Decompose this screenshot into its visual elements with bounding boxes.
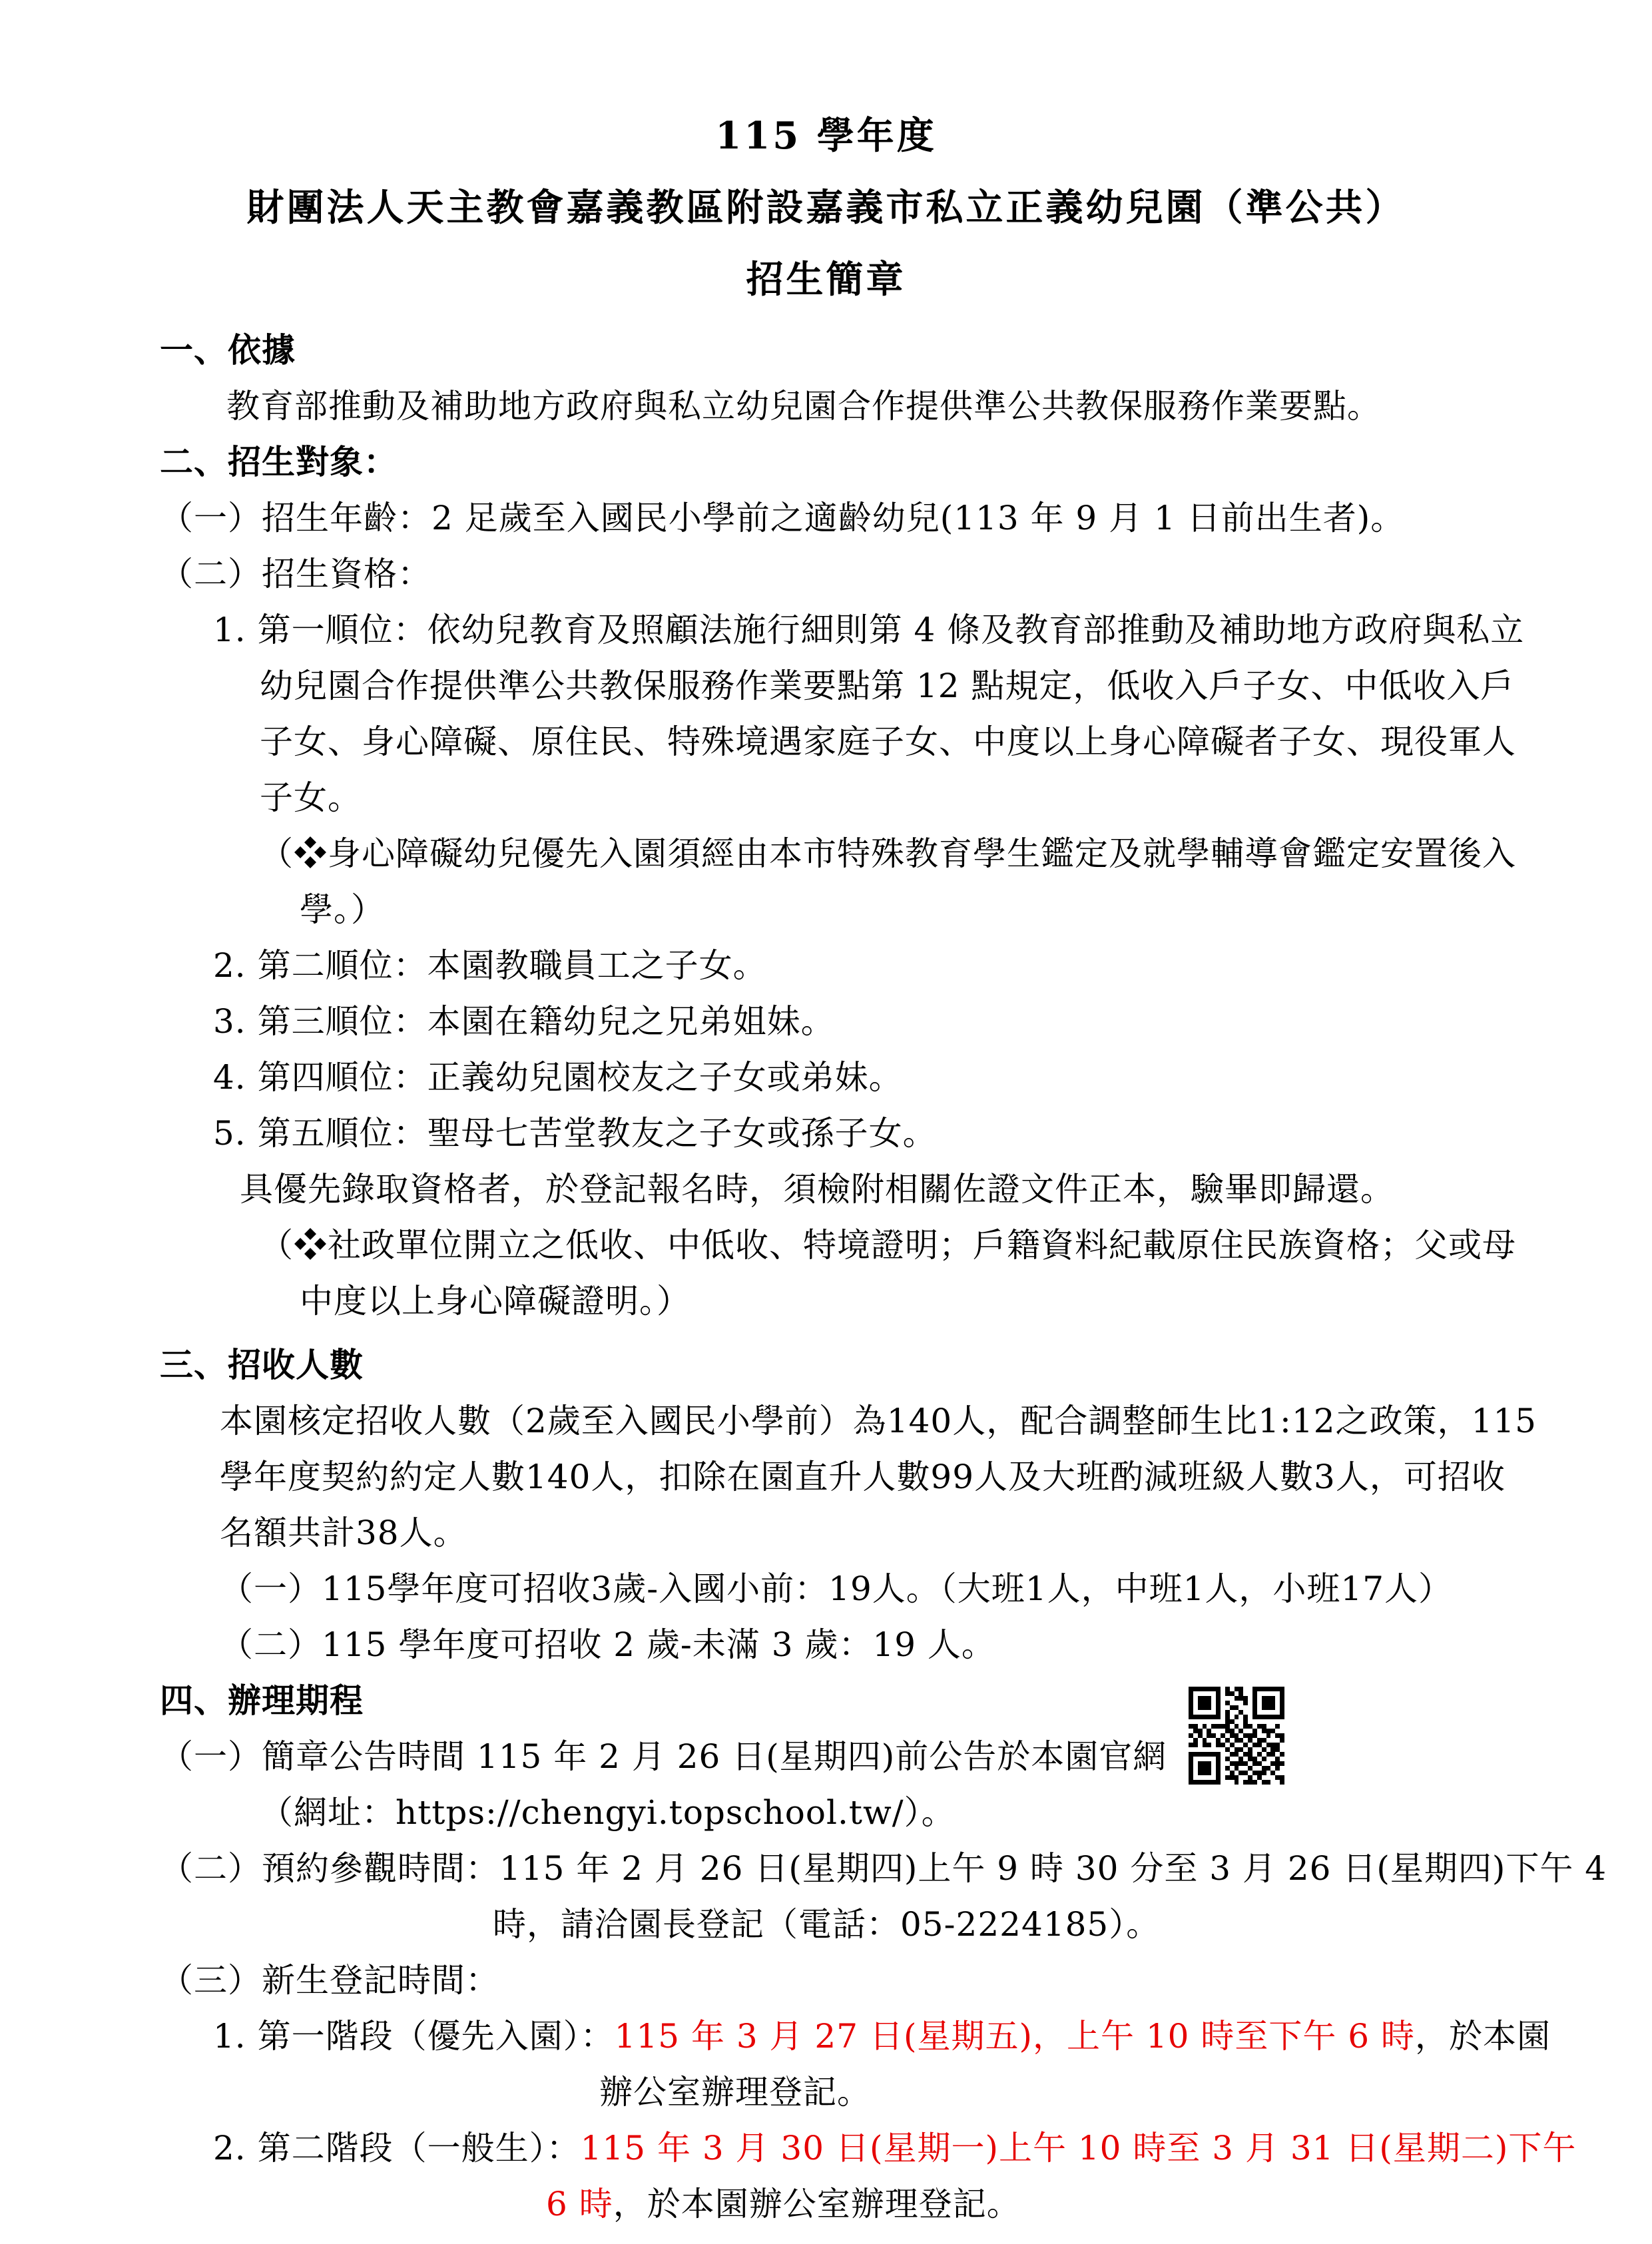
- disability-note-line2: 學。）: [300, 882, 1645, 938]
- priority5-item: 5. 第五順位：聖母七苦堂教友之子女或孫子女。: [213, 1105, 1645, 1161]
- priority1-line3: 子女、身心障礙、原住民、特殊境遇家庭子女、中度以上身心障礙者子女、現役軍人: [260, 714, 1645, 770]
- section3-body-line2: 學年度契約約定人數140人，扣除在園直升人數99人及大班酌減班級人數3人，可招收: [220, 1449, 1645, 1505]
- visit-time-line2: 時，請洽園長登記（電話：05-2224185）。: [493, 1896, 1645, 1952]
- section2-age-item: （一）招生年齡：2 足歲至入國民小學前之適齡幼兒(113 年 9 月 1 日前出…: [160, 490, 1645, 546]
- section3-item1: （一）115學年度可招收3歲-入國小前：19人。（大班1人，中班1人，小班17人…: [220, 1561, 1645, 1617]
- priority4-item: 4. 第四順位：正義幼兒園校友之子女或弟妹。: [213, 1049, 1645, 1105]
- stage2-date-red-part1: 115 年 3 月 30 日(星期一)上午 10 時至 3 月 31 日(星期二…: [581, 2129, 1577, 2167]
- stage2-prefix: 2. 第二階段（一般生）：: [213, 2129, 581, 2167]
- title-school-name: 財團法人天主教會嘉義教區附設嘉義市私立正義幼兒園（準公共）: [0, 172, 1652, 244]
- stage1-date-red: 115 年 3 月 27 日(星期五)，上午 10 時至下午 6 時: [615, 2017, 1415, 2056]
- priority1-line1: 1. 第一順位：依幼兒教育及照顧法施行細則第 4 條及教育部推動及補助地方政府與…: [213, 602, 1645, 658]
- section2-heading: 二、招生對象：: [160, 434, 1645, 490]
- document-title-block: 115 學年度 財團法人天主教會嘉義教區附設嘉義市私立正義幼兒園（準公共） 招生…: [0, 0, 1652, 316]
- priority1-line2: 幼兒園合作提供準公共教保服務作業要點第 12 點規定，低收入戶子女、中低收入戶: [260, 658, 1645, 714]
- section3-body-line1: 本園核定招收人數（2歲至入國民小學前）為140人，配合調整師生比1:12之政策，…: [220, 1393, 1645, 1449]
- section1-body: 教育部推動及補助地方政府與私立幼兒園合作提供準公共教保服務作業要點。: [226, 378, 1645, 434]
- stage1-suffix: ，於本園: [1415, 2017, 1551, 2056]
- stage2-suffix: ，於本園辦公室辦理登記。: [613, 2185, 1021, 2223]
- section2-qualify-item: （二）招生資格：: [160, 546, 1645, 602]
- title-academic-year: 115 學年度: [0, 100, 1652, 172]
- document-body: 一、依據 教育部推動及補助地方政府與私立幼兒園合作提供準公共教保服務作業要點。 …: [160, 322, 1645, 2232]
- certificates-note-line2: 中度以上身心障礙證明。）: [300, 1273, 1645, 1329]
- announcement-line1: （一）簡章公告時間 115 年 2 月 26 日(星期四)前公告於本園官網: [160, 1729, 1645, 1785]
- stage1-prefix: 1. 第一階段（優先入園）：: [213, 2017, 615, 2056]
- priority3-item: 3. 第三順位：本園在籍幼兒之兄弟姐妹。: [213, 993, 1645, 1049]
- section3-item2: （二）115 學年度可招收 2 歲-未滿 3 歲：19 人。: [220, 1617, 1645, 1673]
- website-url-line: （網址：https://chengyi.topschool.tw/）。: [260, 1785, 1645, 1840]
- stage2-date-red-part2: 6 時: [546, 2185, 613, 2223]
- disability-note-line1: （❖身心障礙幼兒優先入園須經由本市特殊教育學生鑑定及就學輔導會鑑定安置後入: [260, 826, 1645, 882]
- priority1-line4: 子女。: [260, 770, 1645, 826]
- title-admission-brochure: 招生簡章: [0, 244, 1652, 316]
- section3-heading: 三、招收人數: [160, 1337, 1645, 1393]
- stage1-line1: 1. 第一階段（優先入園）：115 年 3 月 27 日(星期五)，上午 10 …: [213, 2008, 1645, 2064]
- visit-time-line1: （二）預約參觀時間：115 年 2 月 26 日(星期四)上午 9 時 30 分…: [160, 1840, 1645, 1896]
- registration-heading: （三）新生登記時間：: [160, 1952, 1645, 2008]
- section3-body-line3: 名額共計38人。: [220, 1505, 1645, 1561]
- section1-heading: 一、依據: [160, 322, 1645, 378]
- certificates-note-line1: （❖社政單位開立之低收、中低收、特境證明；戶籍資料紀載原住民族資格；父或母: [260, 1217, 1645, 1273]
- qr-code: [1189, 1687, 1284, 1785]
- stage2-line1: 2. 第二階段（一般生）：115 年 3 月 30 日(星期一)上午 10 時至…: [213, 2120, 1645, 2176]
- proof-note-line: 具優先錄取資格者，於登記報名時，須檢附相關佐證文件正本，驗畢即歸還。: [240, 1161, 1645, 1217]
- section4-heading: 四、辦理期程: [160, 1673, 1645, 1729]
- priority2-item: 2. 第二順位：本園教職員工之子女。: [213, 938, 1645, 993]
- stage2-line2: 6 時，於本園辦公室辦理登記。: [546, 2176, 1645, 2232]
- stage1-line2: 辦公室辦理登記。: [599, 2064, 1645, 2120]
- document-page: 115 學年度 財團法人天主教會嘉義教區附設嘉義市私立正義幼兒園（準公共） 招生…: [0, 0, 1652, 2244]
